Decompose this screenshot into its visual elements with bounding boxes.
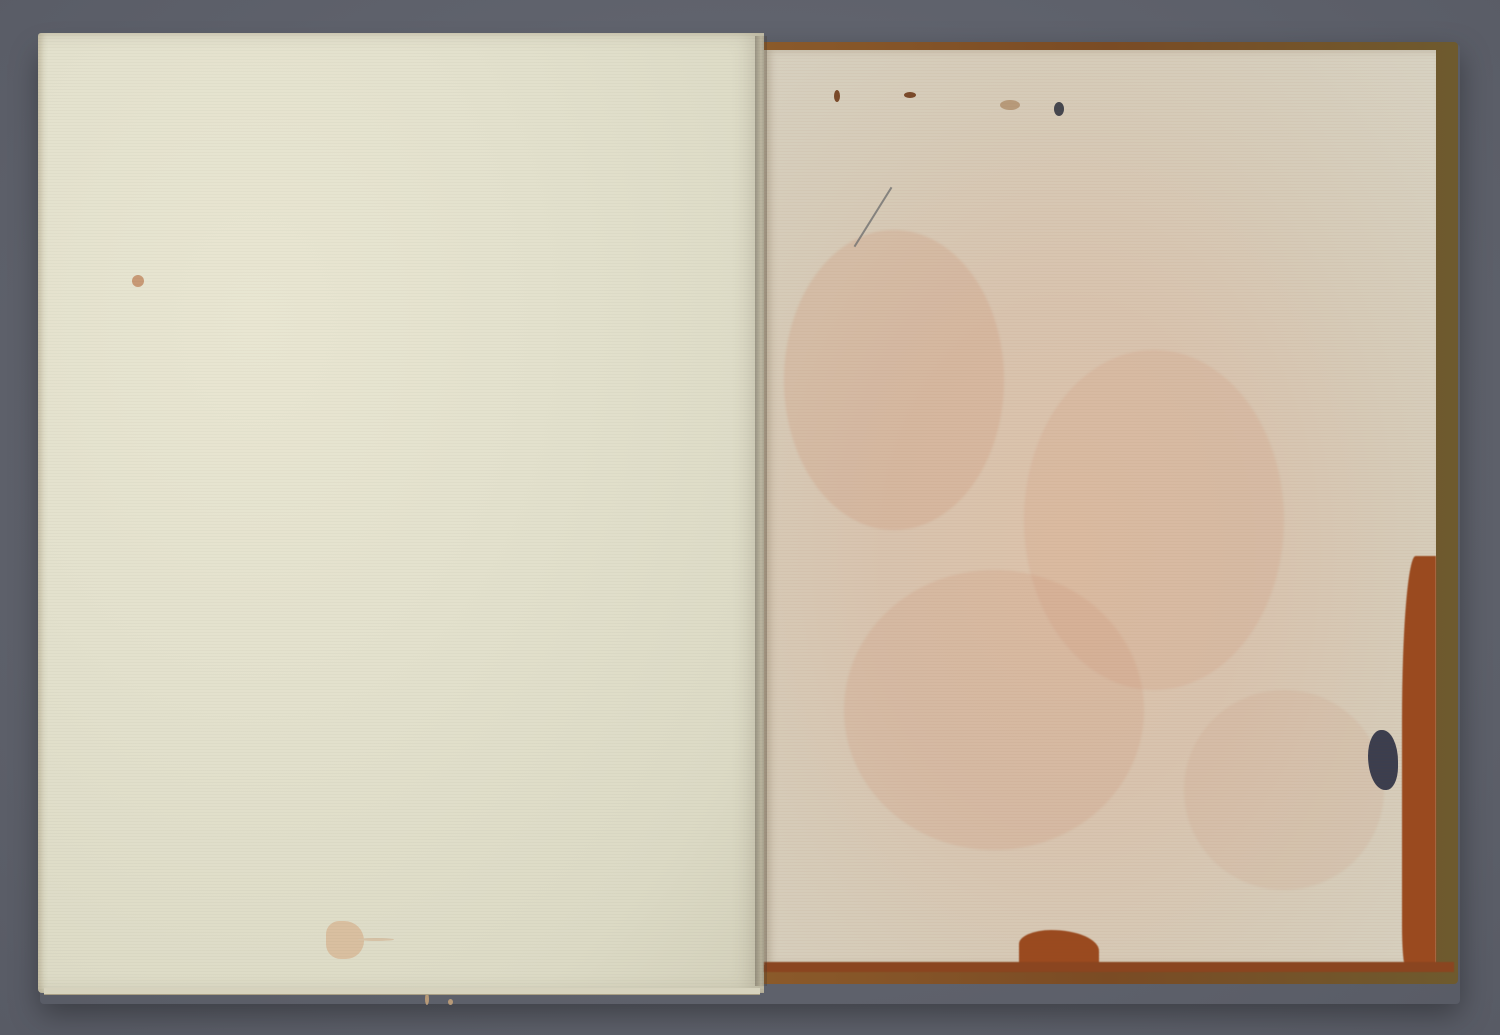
book-gutter xyxy=(755,36,767,986)
stain-streak xyxy=(358,938,394,941)
spot xyxy=(904,92,916,98)
foxing-area xyxy=(844,570,1144,850)
damaged-turnin-bottom xyxy=(1019,930,1099,965)
damaged-turnin-right xyxy=(1402,556,1436,966)
water-stain xyxy=(326,921,364,959)
foxing-area xyxy=(1184,690,1384,890)
left-page-edge xyxy=(44,988,760,995)
spot xyxy=(834,90,840,102)
left-page xyxy=(38,33,764,993)
stain-spot xyxy=(132,275,144,287)
foxing-area xyxy=(1024,350,1284,690)
ink-blot xyxy=(1368,730,1398,790)
foxing-area xyxy=(784,230,1004,530)
spot xyxy=(1054,102,1064,116)
cover-edge-bottom xyxy=(764,962,1454,972)
ink-mark xyxy=(448,999,453,1005)
spot xyxy=(1000,100,1020,110)
